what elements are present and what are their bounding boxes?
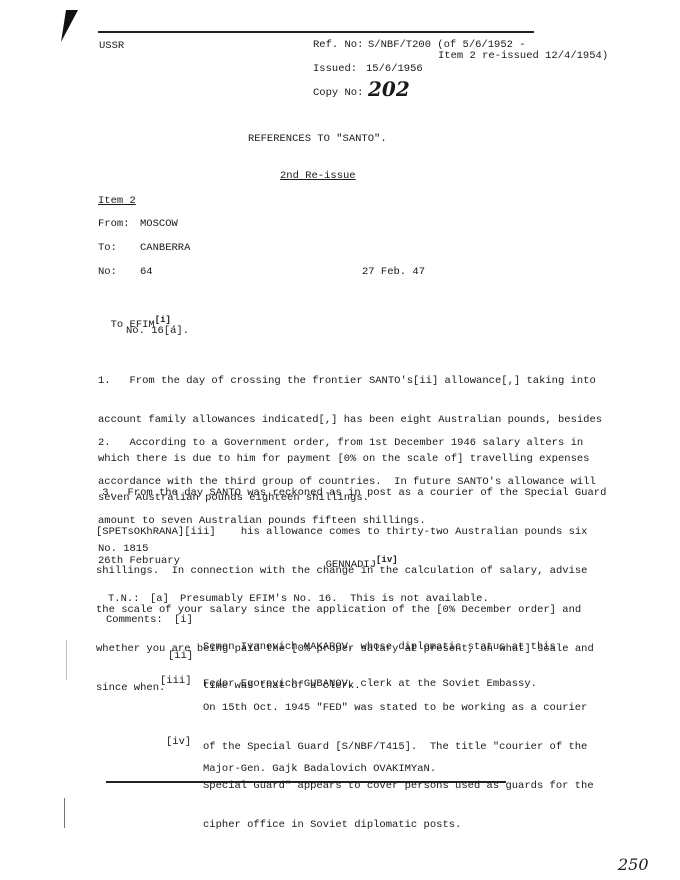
comment-marker-iii: [iii] bbox=[160, 675, 192, 688]
country-label: USSR bbox=[99, 40, 124, 53]
margin-mark bbox=[66, 640, 67, 680]
ref-label: Ref. No: bbox=[313, 39, 363, 52]
to-label: To: bbox=[98, 242, 117, 255]
salutation-ref: No. 16[a]. bbox=[126, 325, 189, 338]
issued-value: 15/6/1956 bbox=[366, 63, 423, 76]
page-number-handwritten: 250 bbox=[618, 856, 649, 874]
top-rule bbox=[98, 31, 534, 33]
tn-label: T.N.: bbox=[108, 593, 140, 606]
signoff-date: 26th February bbox=[98, 555, 180, 568]
bottom-rule bbox=[106, 781, 506, 783]
tn-text: Presumably EFIM's No. 16. This is not av… bbox=[180, 593, 489, 606]
issued-label: Issued: bbox=[313, 63, 357, 76]
document-title: REFERENCES TO "SANTO". bbox=[248, 133, 387, 146]
document-subtitle: 2nd Re-issue bbox=[280, 170, 356, 183]
item-label: Item 2 bbox=[98, 195, 136, 208]
message-date: 27 Feb. 47 bbox=[362, 266, 425, 279]
from-value: MOSCOW bbox=[140, 218, 178, 231]
comment-marker-i: [i] bbox=[174, 614, 193, 627]
margin-mark bbox=[64, 798, 65, 828]
corner-mark-icon bbox=[58, 8, 80, 44]
copy-label: Copy No: bbox=[313, 87, 363, 100]
from-label: From: bbox=[98, 218, 130, 231]
comment-marker-ii: [ii] bbox=[168, 650, 193, 663]
ref-reissue: Item 2 re-issued 12/4/1954) bbox=[438, 50, 608, 63]
no-value: 64 bbox=[140, 266, 153, 279]
no-label: No: bbox=[98, 266, 117, 279]
tn-marker: [a] bbox=[150, 593, 169, 606]
copy-number-handwritten: 202 bbox=[368, 78, 410, 100]
to-value: CANBERRA bbox=[140, 242, 190, 255]
signature: GENNADIJ[iv] bbox=[313, 541, 398, 572]
comments-label: Comments: bbox=[106, 614, 163, 627]
comment-marker-iv: [iv] bbox=[166, 736, 191, 749]
